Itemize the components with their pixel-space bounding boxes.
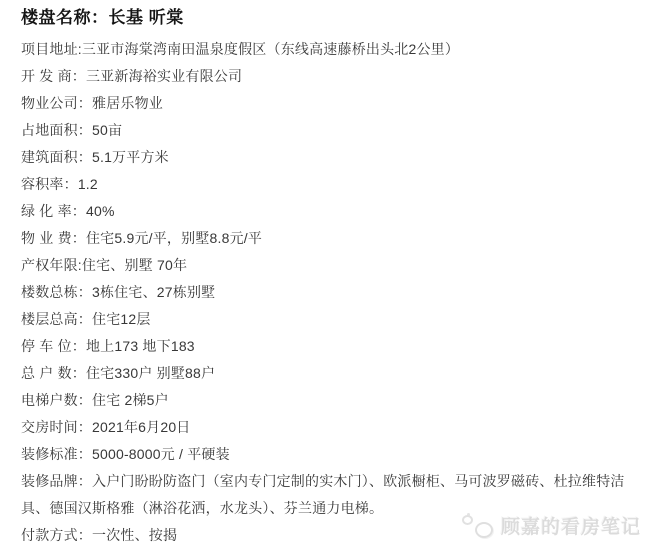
- row-value: 5.1万平方米: [92, 149, 169, 165]
- row-value: 住宅5.9元/平，别墅8.8元/平: [86, 230, 262, 246]
- row-label: 楼层总高：: [21, 311, 92, 327]
- info-row: 物 业 费：住宅5.9元/平，别墅8.8元/平: [21, 225, 636, 252]
- row-value: 5000-8000元 / 平硬装: [92, 446, 230, 462]
- row-label: 产权年限:: [21, 257, 82, 273]
- info-row: 物业公司：雅居乐物业: [21, 90, 636, 117]
- row-value: 3栋住宅、27栋别墅: [92, 284, 215, 300]
- row-label: 项目地址:: [21, 41, 82, 57]
- info-row: 电梯户数：住宅 2梯5户: [21, 387, 636, 414]
- row-label: 装修品牌：: [21, 473, 92, 489]
- info-row: 总 户 数：住宅330户 别墅88户: [21, 360, 636, 387]
- row-label: 楼数总栋：: [21, 284, 92, 300]
- info-row: 装修标准：5000-8000元 / 平硬装: [21, 441, 636, 468]
- info-row: 停 车 位：地上173 地下183: [21, 333, 636, 360]
- property-info-sheet: 楼盘名称：长基 听棠 项目地址:三亚市海棠湾南田温泉度假区（东线高速藤桥出头北2…: [0, 0, 657, 548]
- info-row: 装修品牌：入户门盼盼防盗门（室内专门定制的实木门）、欧派橱柜、马可波罗磁砖、杜拉…: [21, 468, 636, 522]
- row-value: 1.2: [78, 176, 98, 192]
- info-row: 占地面积：50亩: [21, 117, 636, 144]
- info-row: 开 发 商：三亚新海裕实业有限公司: [21, 63, 636, 90]
- row-value: 住宅、别墅 70年: [82, 257, 187, 273]
- row-label: 总 户 数：: [21, 365, 86, 381]
- row-value: 40%: [86, 203, 115, 219]
- row-value: 住宅 2梯5户: [92, 392, 169, 408]
- row-value: 雅居乐物业: [92, 95, 163, 111]
- page-title: 楼盘名称：长基 听棠: [21, 6, 636, 30]
- info-row: 容积率：1.2: [21, 171, 636, 198]
- row-label: 建筑面积：: [21, 149, 92, 165]
- row-value: 50亩: [92, 122, 122, 138]
- row-label: 物 业 费：: [21, 230, 86, 246]
- row-value: 2021年6月20日: [92, 419, 191, 435]
- info-row: 楼层总高：住宅12层: [21, 306, 636, 333]
- row-label: 占地面积：: [21, 122, 92, 138]
- row-label: 装修标准：: [21, 446, 92, 462]
- row-value: 一次性、按揭: [92, 527, 177, 543]
- row-value: 住宅330户 别墅88户: [86, 365, 215, 381]
- info-row: 付款方式：一次性、按揭: [21, 522, 636, 548]
- info-rows: 项目地址:三亚市海棠湾南田温泉度假区（东线高速藤桥出头北2公里）开 发 商：三亚…: [21, 36, 636, 548]
- row-value: 三亚市海棠湾南田温泉度假区（东线高速藤桥出头北2公里）: [82, 41, 459, 57]
- info-row: 楼数总栋：3栋住宅、27栋别墅: [21, 279, 636, 306]
- row-label: 容积率：: [21, 176, 78, 192]
- row-value: 三亚新海裕实业有限公司: [86, 68, 242, 84]
- row-label: 物业公司：: [21, 95, 92, 111]
- info-row: 绿 化 率：40%: [21, 198, 636, 225]
- info-row: 项目地址:三亚市海棠湾南田温泉度假区（东线高速藤桥出头北2公里）: [21, 36, 636, 63]
- row-label: 停 车 位：: [21, 338, 86, 354]
- info-row: 产权年限:住宅、别墅 70年: [21, 252, 636, 279]
- row-value: 入户门盼盼防盗门（室内专门定制的实木门）、欧派橱柜、马可波罗磁砖、杜拉维特洁具、…: [21, 473, 625, 516]
- row-label: 交房时间：: [21, 419, 92, 435]
- row-label: 电梯户数：: [21, 392, 92, 408]
- info-row: 建筑面积：5.1万平方米: [21, 144, 636, 171]
- info-row: 交房时间：2021年6月20日: [21, 414, 636, 441]
- row-label: 付款方式：: [21, 527, 92, 543]
- row-label: 绿 化 率：: [21, 203, 86, 219]
- row-value: 住宅12层: [92, 311, 151, 327]
- row-value: 地上173 地下183: [86, 338, 195, 354]
- row-label: 开 发 商：: [21, 68, 86, 84]
